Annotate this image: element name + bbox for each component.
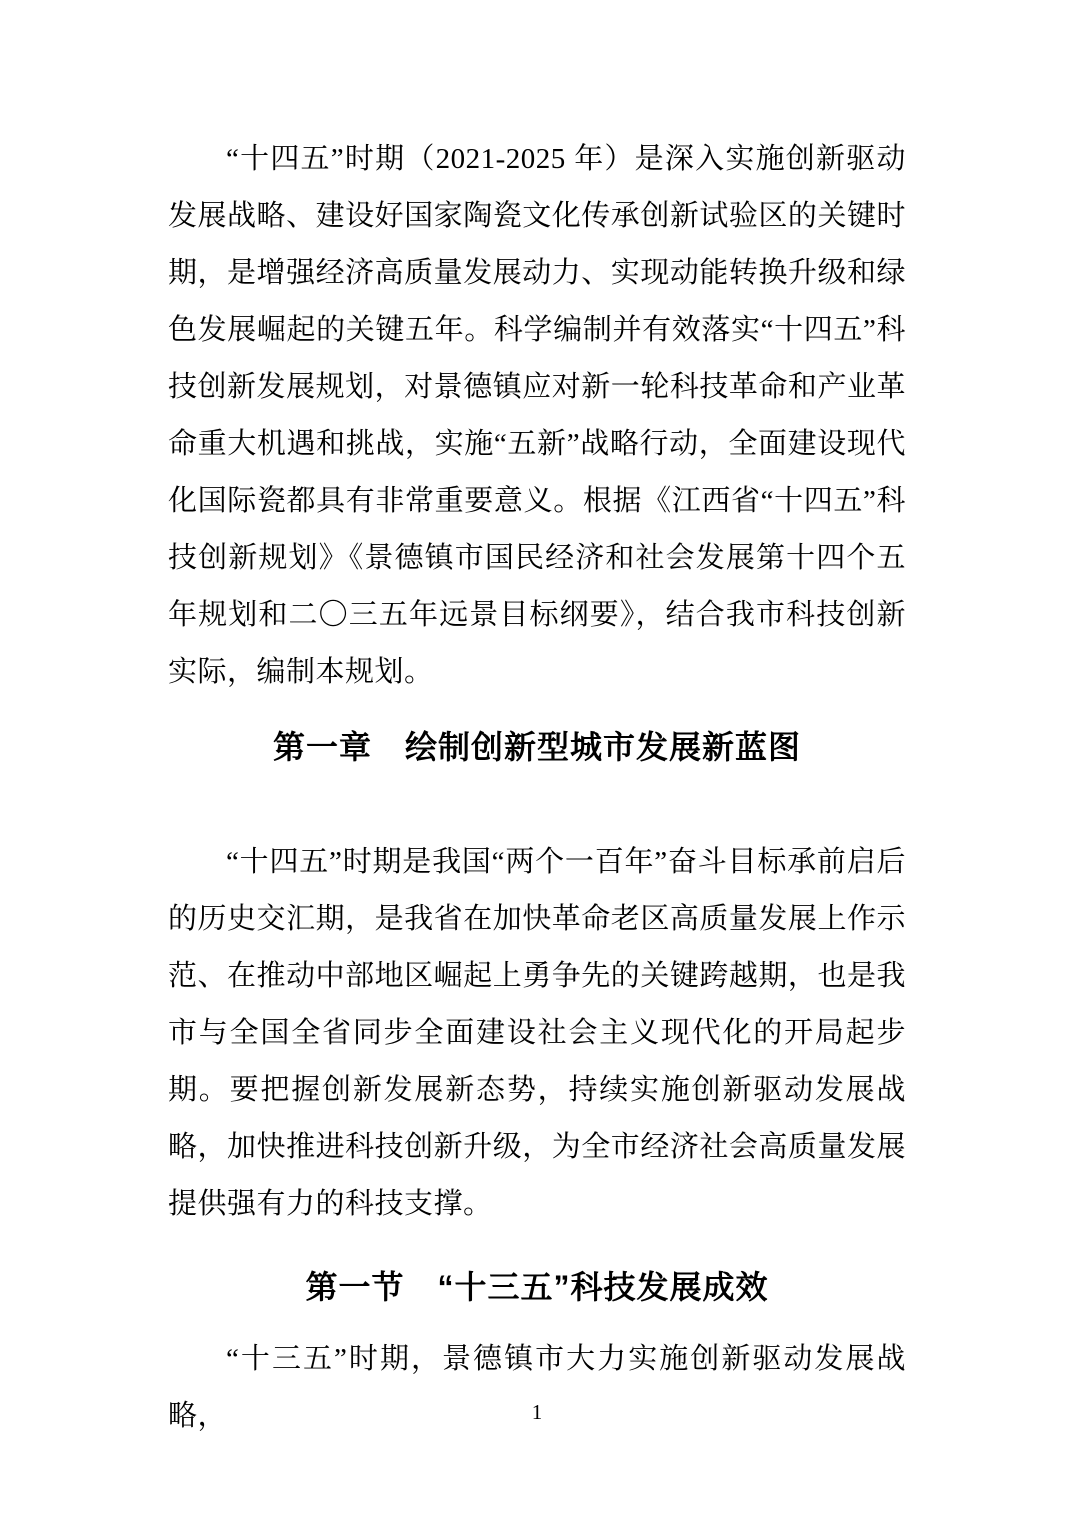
- section-heading: 第一节 “十三五”科技发展成效: [168, 1259, 906, 1316]
- document-page: “十四五”时期（2021-2025 年）是深入实施创新驱动发展战略、建设好国家陶…: [0, 0, 1074, 1520]
- chapter-heading: 第一章 绘制创新型城市发展新蓝图: [168, 719, 906, 776]
- paragraph-chapter-intro: “十四五”时期是我国“两个一百年”奋斗目标承前启后的历史交汇期，是我省在加快革命…: [168, 834, 906, 1233]
- paragraph-plan-intro: “十四五”时期（2021-2025 年）是深入实施创新驱动发展战略、建设好国家陶…: [168, 131, 906, 701]
- page-number: 1: [0, 1398, 1074, 1426]
- paragraph-section-start: “十三五”时期，景德镇市大力实施创新驱动发展战略，: [168, 1331, 906, 1445]
